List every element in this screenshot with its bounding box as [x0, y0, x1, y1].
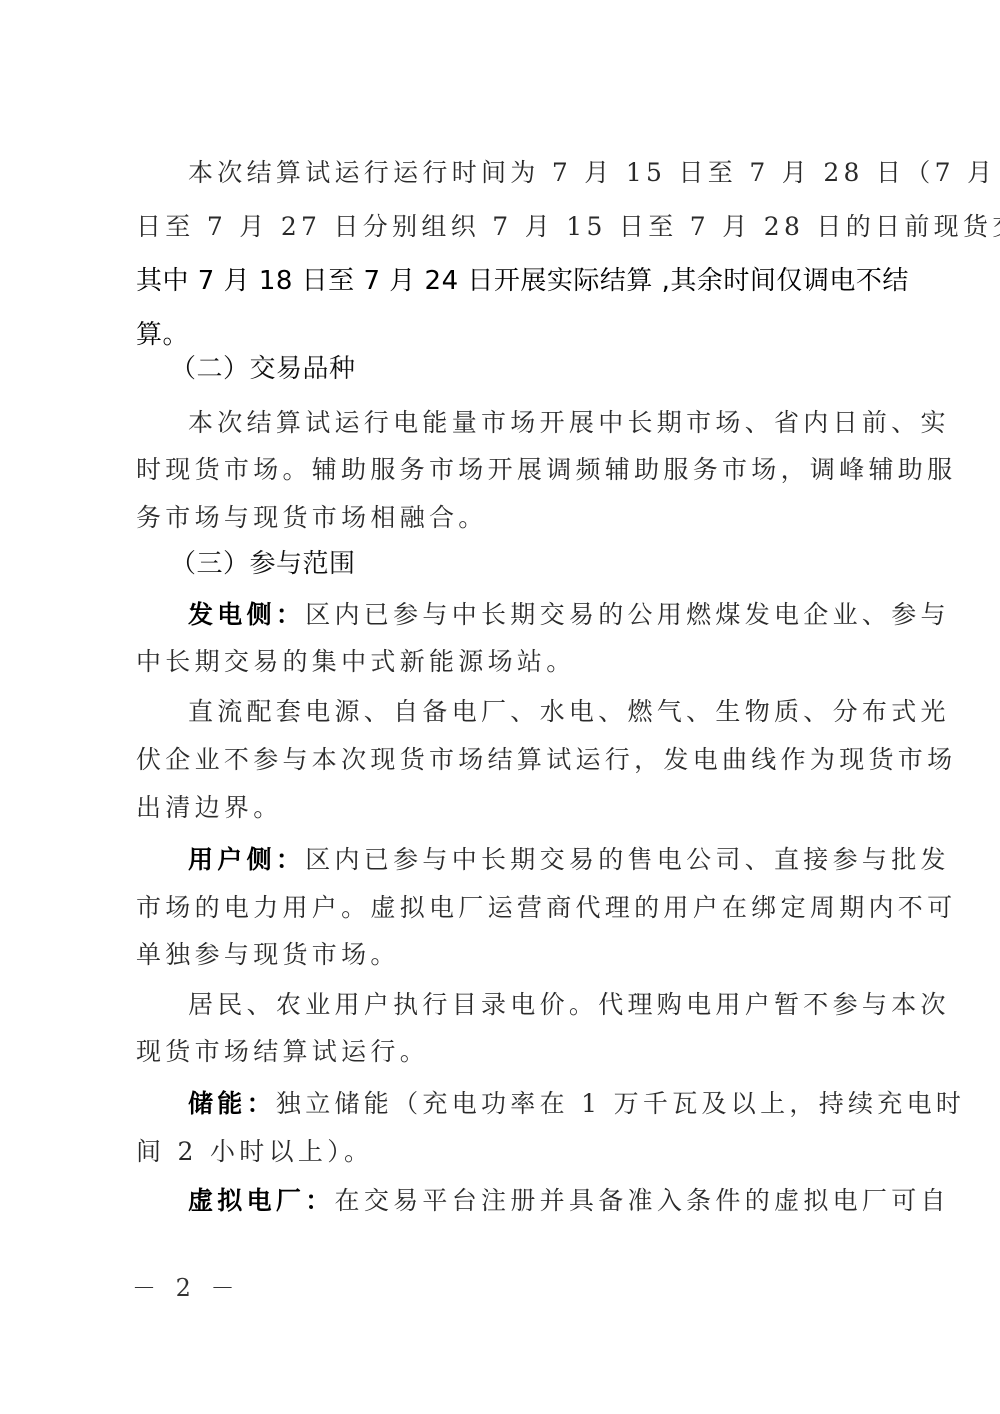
paragraph-line-emphasis: 算。	[136, 320, 876, 350]
paragraph-line: 中长期交易的集中式新能源场站。	[136, 647, 876, 677]
paragraph-text: 区内已参与中长期交易的公用燃煤发电企业、参与	[305, 600, 950, 629]
paragraph-line: 本次结算试运行运行时间为 7 月 15 日至 7 月 28 日（7 月 14	[188, 158, 876, 188]
paragraph-line: 单独参与现货市场。	[136, 940, 876, 970]
generation-side-label: 发电侧：	[188, 600, 305, 629]
paragraph-text: 独立储能（充电功率在 1 万千瓦及以上，持续充电时	[276, 1089, 965, 1118]
paragraph-text: 区内已参与中长期交易的售电公司、直接参与批发	[305, 845, 950, 874]
paragraph-line-emphasis: 其中 7 月 18 日至 7 月 24 日开展实际结算 ,其余时间仅调电不结	[136, 266, 876, 296]
page-number: － 2 －	[132, 1268, 241, 1303]
section-heading-trade-types: （二）交易品种	[170, 354, 356, 384]
paragraph-generation: 发电侧：区内已参与中长期交易的公用燃煤发电企业、参与	[188, 600, 876, 630]
paragraph-line: 时现货市场。辅助服务市场开展调频辅助服务市场，调峰辅助服	[136, 455, 876, 485]
paragraph-line: 务市场与现货市场相融合。	[136, 503, 876, 533]
storage-label: 储能：	[188, 1089, 276, 1118]
paragraph-line: 出清边界。	[136, 793, 876, 823]
paragraph-line: 间 2 小时以上）。	[136, 1137, 876, 1167]
paragraph-text: 在交易平台注册并具备准入条件的虚拟电厂可自	[335, 1186, 950, 1215]
paragraph-user: 用户侧：区内已参与中长期交易的售电公司、直接参与批发	[188, 845, 876, 875]
paragraph-line: 伏企业不参与本次现货市场结算试运行，发电曲线作为现货市场	[136, 745, 876, 775]
paragraph-vpp: 虚拟电厂：在交易平台注册并具备准入条件的虚拟电厂可自	[188, 1186, 876, 1216]
paragraph-line: 市场的电力用户。虚拟电厂运营商代理的用户在绑定周期内不可	[136, 893, 876, 923]
virtual-power-plant-label: 虚拟电厂：	[188, 1186, 335, 1215]
document-page: 本次结算试运行运行时间为 7 月 15 日至 7 月 28 日（7 月 14 日…	[0, 0, 1000, 1414]
paragraph-line: 直流配套电源、自备电厂、水电、燃气、生物质、分布式光	[188, 697, 876, 727]
paragraph-line: 日至 7 月 27 日分别组织 7 月 15 日至 7 月 28 日的日前现货交…	[136, 212, 876, 242]
paragraph-line: 现货市场结算试运行。	[136, 1037, 876, 1067]
paragraph-storage: 储能：独立储能（充电功率在 1 万千瓦及以上，持续充电时	[188, 1089, 876, 1119]
user-side-label: 用户侧：	[188, 845, 305, 874]
paragraph-line: 居民、农业用户执行目录电价。代理购电用户暂不参与本次	[188, 990, 876, 1020]
paragraph-line: 本次结算试运行电能量市场开展中长期市场、省内日前、实	[188, 408, 876, 438]
section-heading-scope: （三）参与范围	[170, 549, 356, 579]
